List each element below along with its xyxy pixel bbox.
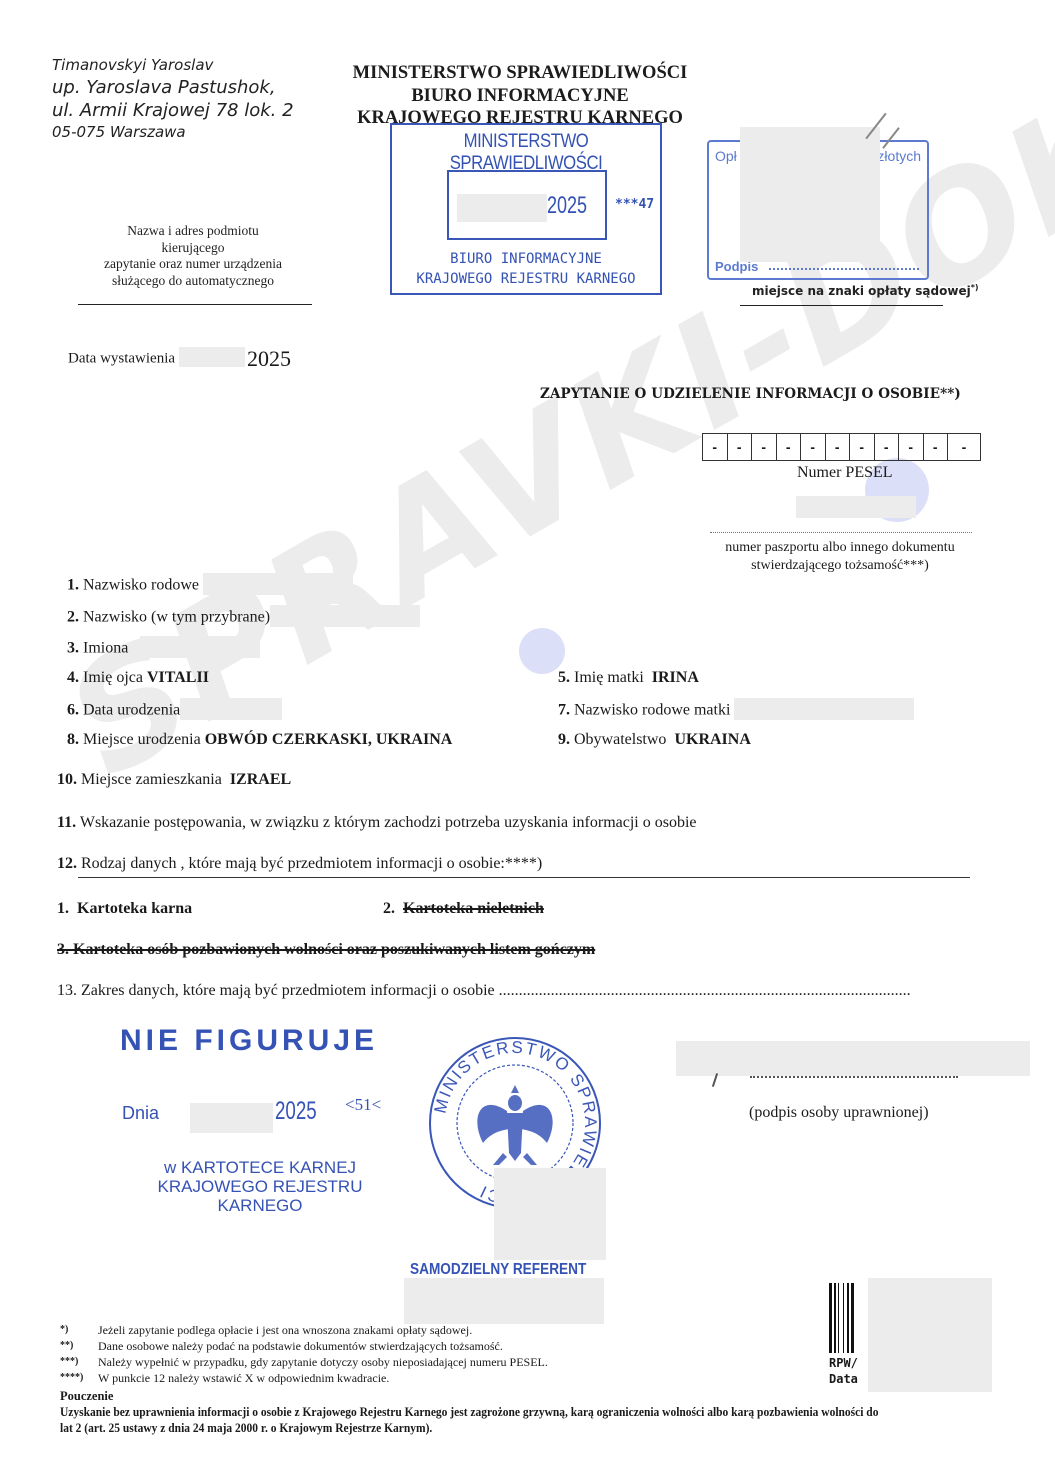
- passport-label: numer paszportu albo innego dokumentu st…: [705, 539, 975, 575]
- field-number: 3.: [67, 640, 79, 657]
- footnote: ****)W punkcie 12 należy wstawić X w odp…: [60, 1370, 548, 1386]
- stamp-line: BIURO INFORMACYJNE: [392, 249, 660, 269]
- redaction: [734, 698, 914, 720]
- passport-label-line: stwierdzającego tożsamość***): [705, 557, 975, 575]
- field-surname: 2. Nazwisko (w tym przybrane): [67, 607, 420, 629]
- field-birth-place: 8. Miejsce urodzenia OBWÓD CZERKASKI, UK…: [67, 731, 452, 749]
- field-number: 12.: [57, 855, 77, 872]
- fee-stamp-dots: [769, 268, 919, 270]
- footnote: *)Jeżeli zapytanie podlega opłacie i jes…: [60, 1322, 548, 1338]
- redaction: [180, 698, 282, 720]
- header-line: MINISTERSTWO SPRAWIEDLIWOŚCI: [340, 62, 700, 85]
- fee-caption-text: miejsce na znaki opłaty sądowej: [752, 284, 971, 298]
- sender-line: up. Yaroslava Pastushok,: [52, 76, 294, 99]
- footnote: ***)Należy wypełnić w przypadku, gdy zap…: [60, 1354, 548, 1370]
- dotted-line: ........................................…: [499, 982, 911, 999]
- pesel-digit-box: -: [801, 434, 826, 460]
- field-number: 1.: [67, 577, 79, 594]
- barcode-bar: [834, 1283, 836, 1353]
- caption-line: kierującego: [78, 240, 308, 257]
- sender-caption: Nazwa i adres podmiotu kierującego zapyt…: [78, 223, 308, 289]
- field-label: Data urodzenia: [83, 702, 180, 719]
- divider: [78, 304, 312, 305]
- stamp-line: KRAJOWEGO REJESTRU KARNEGO: [392, 269, 660, 289]
- data-type-detainees: 3. Kartoteka osób pozbawionych wolności …: [57, 941, 595, 959]
- footnote-mark: *): [60, 1322, 98, 1338]
- footnote: **)Dane osobowe należy podać na podstawi…: [60, 1338, 548, 1354]
- field-number: 13.: [57, 982, 77, 999]
- stamp-number: ***47: [615, 197, 654, 212]
- stamp-date-box: 2025: [447, 170, 607, 240]
- field-value: IRINA: [652, 669, 699, 686]
- field-label: Imię matki: [574, 669, 644, 686]
- field-label: Zakres danych, które mają być przedmiote…: [81, 982, 495, 999]
- footnote-mark: ***): [60, 1354, 98, 1370]
- fee-stamp-text: Opł: [715, 148, 737, 164]
- passport-label-line: numer paszportu albo innego dokumentu: [705, 539, 975, 557]
- field-label: Imiona: [83, 640, 128, 657]
- field-data-type: 12. Rodzaj danych , które mają być przed…: [57, 855, 542, 873]
- field-number: 5.: [558, 669, 570, 686]
- caption-line: Nazwa i adres podmiotu: [78, 223, 308, 240]
- sender-line: 05-075 Warszawa: [52, 122, 294, 143]
- footnote-text: Dane osobowe należy podać na podstawie d…: [98, 1338, 503, 1354]
- barcode-line: Data: [829, 1371, 858, 1387]
- field-mother-maiden-name: 7. Nazwisko rodowe matki: [558, 700, 914, 722]
- result-date-label: Dnia: [122, 1103, 159, 1124]
- pesel-digit-box: -: [850, 434, 875, 460]
- field-label: Obywatelstwo: [574, 731, 666, 748]
- barcode-text: RPW/ Data: [829, 1355, 858, 1387]
- field-label: Rodzaj danych , które mają być przedmiot…: [81, 855, 542, 872]
- field-label: Wskazanie postępowania, w związku z któr…: [80, 814, 697, 831]
- footnote-mark: **): [60, 1338, 98, 1354]
- caption-line: zapytanie oraz numer urządzenia: [78, 256, 308, 273]
- redaction: [140, 636, 260, 658]
- form-title: ZAPYTANIE O UDZIELENIE INFORMACJI O OSOB…: [540, 386, 961, 402]
- fee-caption: miejsce na znaki opłaty sądowej*): [752, 283, 979, 298]
- barcode-bar: [838, 1283, 839, 1353]
- instruction-text: Uzyskanie bez uprawnienia informacji o o…: [60, 1404, 888, 1436]
- field-number: 6.: [67, 702, 79, 719]
- field-number: 10.: [57, 771, 77, 788]
- field-label: Nazwisko rodowe matki: [574, 702, 730, 719]
- item-label: Kartoteka karna: [77, 900, 192, 917]
- divider: [740, 305, 943, 306]
- instruction-heading: Pouczenie: [60, 1388, 113, 1404]
- pesel-boxes: -----------: [702, 433, 981, 461]
- field-number: 4.: [67, 669, 79, 686]
- barcode-bar: [851, 1283, 854, 1353]
- redaction: [676, 1041, 1030, 1076]
- issue-date-label: Data wystawienia: [68, 350, 175, 366]
- field-proceedings: 11. Wskazanie postępowania, w związku z …: [57, 814, 697, 832]
- item-number: 2.: [383, 900, 395, 917]
- field-birth-date: 6. Data urodzenia: [67, 700, 282, 722]
- field-value: OBWÓD CZERKASKI, UKRAINA: [205, 731, 453, 748]
- field-residence: 10. Miejsce zamieszkania IZRAEL: [57, 771, 291, 789]
- field-data-scope: 13. Zakres danych, które mają być przedm…: [57, 982, 911, 1000]
- field-number: 11.: [57, 814, 76, 831]
- field-number: 9.: [558, 731, 570, 748]
- field-label: Nazwisko rodowe: [83, 577, 199, 594]
- field-number: 2.: [67, 609, 79, 626]
- field-number: 8.: [67, 731, 79, 748]
- redaction: [868, 1278, 992, 1392]
- stamp-year: 2025: [547, 192, 587, 220]
- field-value: IZRAEL: [230, 771, 291, 788]
- redaction: [404, 1278, 604, 1324]
- redaction: [179, 347, 245, 367]
- result-register: w KARTOTECE KARNEJ KRAJOWEGO REJESTRU KA…: [124, 1158, 396, 1215]
- field-given-names: 3. Imiona: [67, 638, 260, 660]
- redaction: [190, 1103, 273, 1133]
- field-label: Nazwisko (w tym przybrane): [83, 609, 270, 626]
- issue-date-year: 2025: [247, 346, 291, 371]
- dotted-line: [710, 532, 972, 533]
- stamp-title: MINISTERSTWO SPRAWIEDLIWOŚCI: [408, 131, 644, 175]
- stamp-bottom: BIURO INFORMACYJNE KRAJOWEGO REJESTRU KA…: [392, 249, 660, 289]
- result-headline: NIE FIGURUJE: [120, 1024, 378, 1058]
- sender-line: ul. Armii Krajowej 78 lok. 2: [52, 99, 294, 122]
- barcode-bar: [829, 1283, 832, 1353]
- pesel-digit-box: -: [703, 434, 728, 460]
- receipt-stamp: MINISTERSTWO SPRAWIEDLIWOŚCI 2025 ***47 …: [390, 123, 662, 295]
- result-line: w KARTOTECE KARNEJ: [124, 1158, 396, 1177]
- item-number: 1.: [57, 900, 69, 917]
- footnote-mark: *): [971, 283, 979, 292]
- item-label: Kartoteka osób pozbawionych wolności ora…: [73, 941, 595, 958]
- field-label: Imię ojca: [83, 669, 143, 686]
- pesel-digit-box: -: [728, 434, 753, 460]
- redaction: [203, 573, 353, 595]
- result-code: <51<: [345, 1095, 381, 1115]
- signature-line: [750, 1076, 958, 1078]
- footnote-mark: ****): [60, 1370, 98, 1386]
- footnote-text: Jeżeli zapytanie podlega opłacie i jest …: [98, 1322, 472, 1338]
- caption-line: służącego do automatycznego: [78, 273, 308, 290]
- pesel-label: Numer PESEL: [797, 464, 893, 482]
- sender-line: Timanovskyi Yaroslav: [52, 55, 294, 76]
- divider: [78, 877, 970, 878]
- redaction: [740, 127, 880, 262]
- data-type-juvenile-record: 2. Kartoteka nieletnich: [383, 900, 544, 918]
- signature-label: (podpis osoby uprawnionej): [749, 1104, 929, 1122]
- field-citizenship: 9. Obywatelstwo UKRAINA: [558, 731, 751, 749]
- redaction: [457, 194, 547, 222]
- redaction: [494, 1168, 606, 1260]
- barcode-line: RPW/: [829, 1355, 858, 1371]
- pesel-digit-box: -: [924, 434, 949, 460]
- field-label: Miejsce zamieszkania: [81, 771, 222, 788]
- sender-address: Timanovskyi Yaroslav up. Yaroslava Pastu…: [52, 55, 294, 143]
- ministry-header: MINISTERSTWO SPRAWIEDLIWOŚCI BIURO INFOR…: [340, 62, 700, 130]
- field-number: 7.: [558, 702, 570, 719]
- result-date-year: 2025: [275, 1097, 317, 1126]
- field-maiden-name: 1. Nazwisko rodowe: [67, 575, 353, 597]
- watermark-dot: [519, 628, 565, 674]
- redaction: [270, 605, 420, 627]
- pesel-digit-box: -: [826, 434, 851, 460]
- field-mother-name: 5. Imię matki IRINA: [558, 669, 699, 687]
- issue-date: Data wystawienia2025: [68, 346, 291, 372]
- referent-title: SAMODZIELNY REFERENT: [410, 1261, 586, 1279]
- pesel-digit-box: -: [899, 434, 924, 460]
- footnotes: *)Jeżeli zapytanie podlega opłacie i jes…: [60, 1322, 548, 1386]
- pesel-digit-box: -: [948, 434, 980, 460]
- item-number: 3.: [57, 941, 69, 958]
- result-line: KRAJOWEGO REJESTRU KARNEGO: [124, 1177, 396, 1215]
- footnote-text: W punkcie 12 należy wstawić X w odpowied…: [98, 1370, 389, 1386]
- header-line: BIURO INFORMACYJNE: [340, 85, 700, 108]
- field-value: VITALII: [147, 669, 209, 686]
- data-type-criminal-record: 1. Kartoteka karna: [57, 900, 192, 918]
- field-father-name: 4. Imię ojca VITALII: [67, 669, 209, 687]
- fee-stamp-text: złotych: [877, 148, 921, 164]
- pesel-digit-box: -: [777, 434, 802, 460]
- field-value: UKRAINA: [674, 731, 750, 748]
- barcode-bar: [843, 1283, 844, 1353]
- field-label: Miejsce urodzenia: [83, 731, 201, 748]
- redaction: [796, 496, 916, 518]
- pesel-digit-box: -: [752, 434, 777, 460]
- footnote-text: Należy wypełnić w przypadku, gdy zapytan…: [98, 1354, 548, 1370]
- barcode: [829, 1283, 867, 1353]
- pesel-digit-box: -: [875, 434, 900, 460]
- barcode-bar: [847, 1283, 849, 1353]
- item-label: Kartoteka nieletnich: [403, 900, 544, 917]
